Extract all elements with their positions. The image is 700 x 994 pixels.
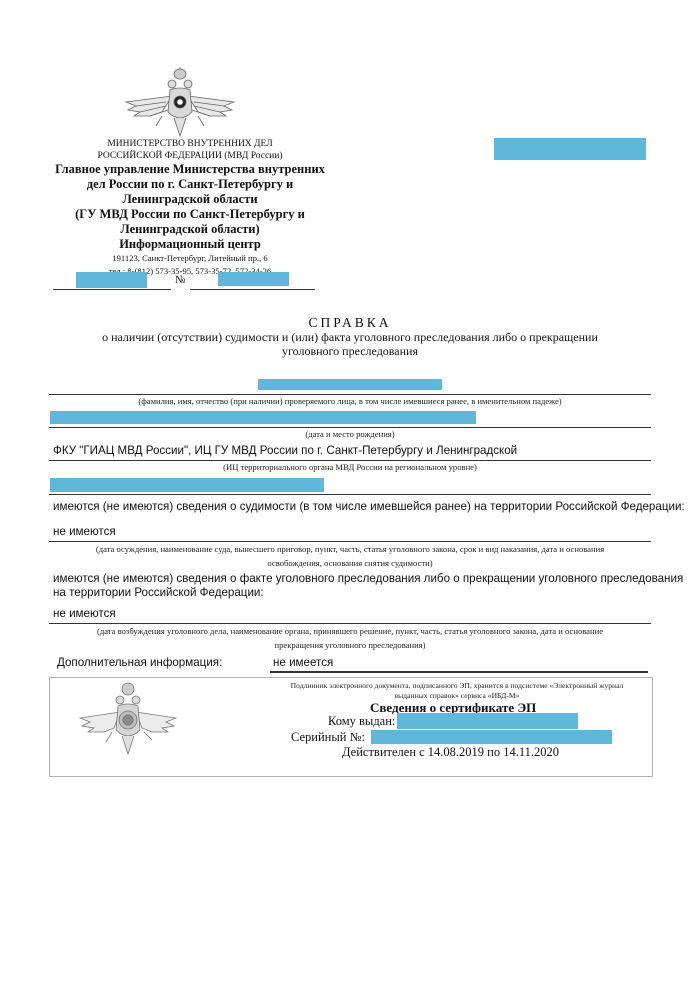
redacted-issue-date xyxy=(76,272,147,288)
ministry-name-line1: МИНИСТЕРСТВО ВНУТРЕННИХ ДЕЛ xyxy=(40,139,340,151)
prosecution-question-line2: на территории Российской Федерации: xyxy=(53,586,683,600)
redacted-birth-date-place xyxy=(50,411,476,424)
additional-info-label: Дополнительная информация: xyxy=(57,656,222,670)
certificate-note-line1: Подлинник электронного документа, подпис… xyxy=(262,681,652,691)
redacted-recipient-block xyxy=(494,138,646,160)
ministry-name-line2: РОССИЙСКОЙ ФЕДЕРАЦИИ (МВД России) xyxy=(40,151,340,163)
department-abbr-line2: Ленинградской области) xyxy=(40,222,340,237)
prosecution-caption: (дата возбуждения уголовного дела, наиме… xyxy=(49,624,651,652)
request-details-underline xyxy=(49,494,651,495)
information-center-name: Информационный центр xyxy=(40,237,340,252)
information-center-caption: (ИЦ территориального органа МВД России н… xyxy=(49,461,651,473)
prosecution-caption-line1: (дата возбуждения уголовного дела, наиме… xyxy=(49,624,651,638)
mvd-emblem-stamp-icon xyxy=(78,680,178,758)
conviction-question: имеются (не имеются) сведения о судимост… xyxy=(53,500,685,514)
conviction-caption: (дата осуждения, наименование суда, выне… xyxy=(49,542,651,570)
redacted-issued-to xyxy=(397,713,578,729)
birth-caption: (дата и место рождения) xyxy=(49,428,651,440)
redacted-request-details xyxy=(50,478,324,492)
issuer-address: 191123, Санкт-Петербург, Литейный пр., 6 xyxy=(40,252,340,265)
document-title: СПРАВКА xyxy=(0,315,700,331)
certificate-validity: Действителен с 14.08.2019 по 14.11.2020 xyxy=(342,745,559,760)
issued-to-label: Кому выдан: xyxy=(328,714,395,729)
redacted-full-name xyxy=(258,379,442,390)
issue-date-underline xyxy=(53,289,171,290)
department-abbr-line1: (ГУ МВД России по Санкт-Петербургу и xyxy=(40,207,340,222)
conviction-caption-line1: (дата осуждения, наименование суда, выне… xyxy=(49,542,651,556)
full-name-caption: (фамилия, имя, отчество (при наличии) пр… xyxy=(49,395,651,407)
department-name-line3: Ленинградской области xyxy=(40,192,340,207)
additional-info-underline xyxy=(270,671,648,673)
document-number-underline xyxy=(190,289,315,290)
conviction-caption-line2: освобождения, основания снятия судимости… xyxy=(49,556,651,570)
department-name-line2: дел России по г. Санкт-Петербургу и xyxy=(40,177,340,192)
certificate-note: Подлинник электронного документа, подпис… xyxy=(262,681,652,701)
prosecution-question: имеются (не имеются) сведения о факте уг… xyxy=(53,572,683,600)
issuer-header: МИНИСТЕРСТВО ВНУТРЕННИХ ДЕЛ РОССИЙСКОЙ Ф… xyxy=(40,139,340,278)
conviction-value: не имеются xyxy=(53,525,116,539)
redacted-serial-number xyxy=(371,730,612,744)
department-name-line1: Главное управление Министерства внутренн… xyxy=(40,162,340,177)
prosecution-value: не имеются xyxy=(53,607,116,621)
document-subtitle-line2: уголовного преследования xyxy=(95,344,605,358)
document-subtitle: о наличии (отсутствии) судимости и (или)… xyxy=(95,330,605,358)
document-subtitle-line1: о наличии (отсутствии) судимости и (или)… xyxy=(95,330,605,344)
redacted-document-number xyxy=(218,272,289,286)
additional-info-value: не имеется xyxy=(273,656,333,670)
number-sign: № xyxy=(175,274,186,286)
prosecution-question-line1: имеются (не имеются) сведения о факте уг… xyxy=(53,572,683,586)
mvd-emblem-icon xyxy=(122,66,238,142)
information-center-value: ФКУ "ГИАЦ МВД России", ИЦ ГУ МВД России … xyxy=(53,444,517,458)
serial-number-label: Серийный №: xyxy=(291,730,365,745)
prosecution-caption-line2: прекращения уголовного преследования) xyxy=(49,638,651,652)
